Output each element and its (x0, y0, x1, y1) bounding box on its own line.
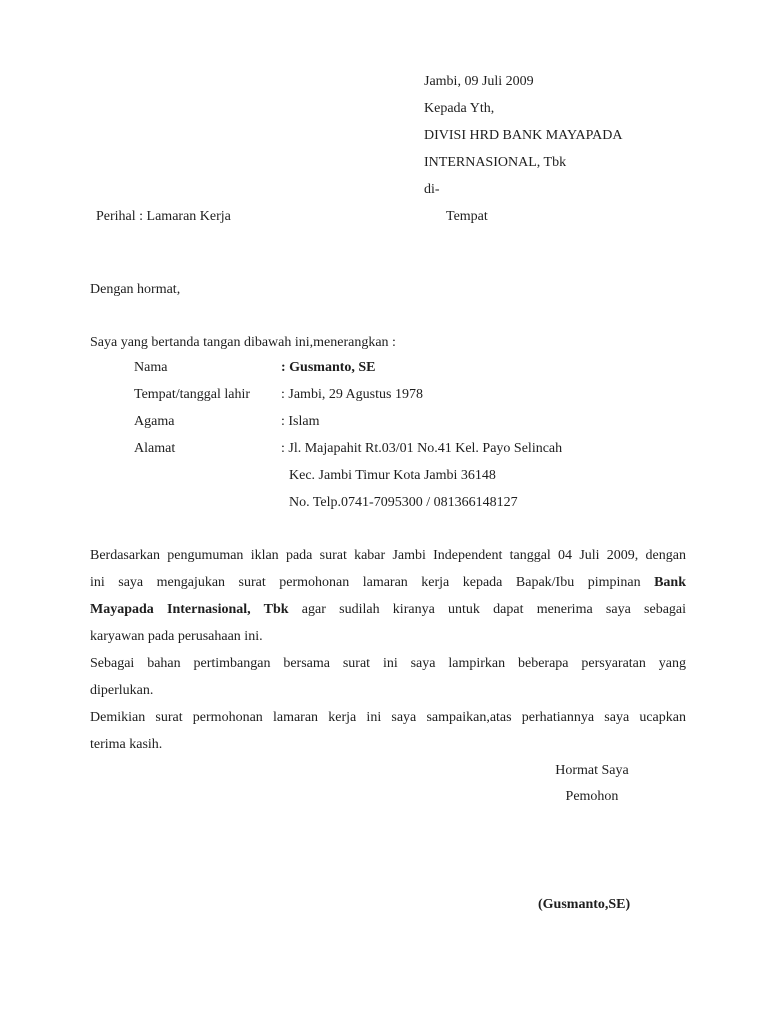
body-p1-line-4: karyawan pada perusahaan ini. (90, 623, 686, 650)
body-p2-line-2: diperlukan. (90, 677, 686, 704)
body-p1-line-2-text: ini saya mengajukan surat permohonan lam… (90, 575, 641, 590)
identity-label-religion: Agama (134, 413, 174, 431)
body-paragraph-2: Sebagai bahan pertimbangan bersama surat… (90, 650, 686, 704)
bank-name-part-1: Bank (654, 575, 686, 590)
address-continuation-2: No. Telp.0741-7095300 / 081366148127 (289, 494, 518, 512)
recipient-line-2: INTERNASIONAL, Tbk (424, 154, 566, 172)
identity-value-address: : Jl. Majapahit Rt.03/01 No.41 Kel. Payo… (281, 440, 562, 458)
recipient-line-1: DIVISI HRD BANK MAYAPADA (424, 127, 623, 145)
closing-line-1: Hormat Saya (532, 762, 652, 780)
bank-name-part-2: Mayapada Internasional, Tbk (90, 602, 289, 617)
identity-value-religion: : Islam (281, 413, 320, 431)
address-continuation-1: Kec. Jambi Timur Kota Jambi 36148 (289, 467, 496, 485)
greeting: Dengan hormat, (90, 281, 180, 299)
body-p1-line-3: Mayapada Internasional, Tbk agar sudilah… (90, 596, 686, 623)
date-line: Jambi, 09 Juli 2009 (424, 73, 534, 91)
identity-value-name: : Gusmanto, SE (281, 359, 376, 377)
closing-line-2: Pemohon (532, 788, 652, 806)
body-p3-line-1: Demikian surat permohonan lamaran kerja … (90, 704, 686, 731)
identity-value-birth: : Jambi, 29 Agustus 1978 (281, 386, 423, 404)
body-paragraph-3: Demikian surat permohonan lamaran kerja … (90, 704, 686, 758)
recipient-line-4: Tempat (446, 208, 488, 226)
body-p3-line-2: terima kasih. (90, 731, 686, 758)
body-p1-line-1: Berdasarkan pengumuman iklan pada surat … (90, 542, 686, 569)
body-p1-line-3-text: agar sudilah kiranya untuk dapat menerim… (302, 602, 686, 617)
subject-line: Perihal : Lamaran Kerja (96, 208, 231, 226)
body-p1-line-2: ini saya mengajukan surat permohonan lam… (90, 569, 686, 596)
identity-label-name: Nama (134, 359, 167, 377)
identity-label-address: Alamat (134, 440, 175, 458)
signature-name: (Gusmanto,SE) (538, 896, 630, 914)
recipient-line-3: di- (424, 181, 440, 199)
body-p2-line-1: Sebagai bahan pertimbangan bersama surat… (90, 650, 686, 677)
recipient-salutation: Kepada Yth, (424, 100, 494, 118)
body-paragraph-1: Berdasarkan pengumuman iklan pada surat … (90, 542, 686, 650)
identity-label-birth: Tempat/tanggal lahir (134, 386, 250, 404)
intro-line: Saya yang bertanda tangan dibawah ini,me… (90, 334, 396, 352)
